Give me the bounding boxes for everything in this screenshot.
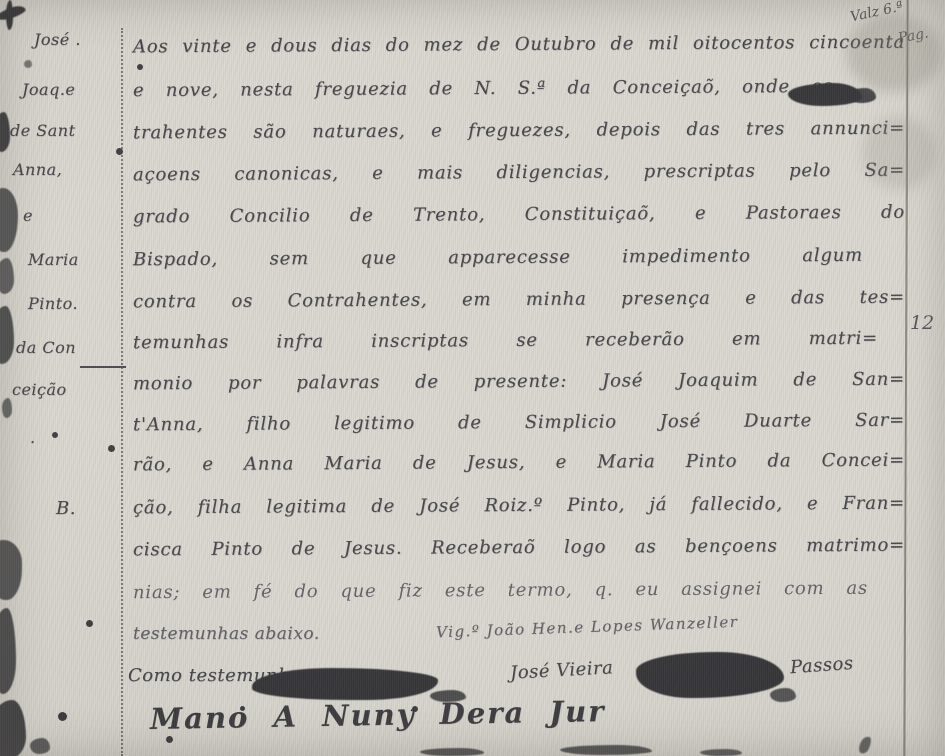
ink-blot-witness-name bbox=[636, 652, 784, 698]
bottom-cutoff-stroke bbox=[700, 749, 742, 756]
ink-speck bbox=[108, 445, 115, 452]
record-line: e nove, nesta freguezia de N. S.ª da Con… bbox=[133, 76, 833, 101]
ink-speck bbox=[116, 148, 123, 155]
margin-underline bbox=[80, 366, 126, 368]
ink-speck bbox=[166, 736, 173, 743]
margin-name-line: ceição bbox=[12, 380, 67, 399]
witness-signature-1: José Vieira bbox=[510, 657, 614, 683]
ink-blot-line2-end bbox=[848, 88, 876, 103]
margin-name-line: Pinto. bbox=[28, 294, 78, 313]
record-line: t'Anna, filho legitimo de Simplicio José… bbox=[133, 410, 905, 436]
witness-signature-2: Passos bbox=[789, 653, 854, 678]
margin-name-line: de Sant bbox=[10, 121, 76, 140]
margin-name-line: José . bbox=[34, 30, 81, 49]
vicar-signature: Vig.º João Hen.e Lopes Wanzeller bbox=[436, 613, 739, 642]
margin-name-line: Maria bbox=[28, 250, 79, 269]
margin-name-line: Anna, bbox=[13, 160, 62, 179]
record-line: Aos vinte e dous dias do mez de Outubro … bbox=[133, 32, 905, 58]
bottom-cutoff-stroke bbox=[560, 745, 652, 755]
record-line: açoens canonicas, e mais diligencias, pr… bbox=[133, 160, 905, 186]
record-line: ção, filha legitima de José Roiz.º Pinto… bbox=[133, 493, 905, 519]
record-line: Bispado, sem que apparecesse impedimento… bbox=[133, 245, 863, 270]
margin-letter-b: B. bbox=[56, 498, 76, 519]
bottom-cutoff-stroke bbox=[857, 735, 873, 756]
margin-name-line: e bbox=[23, 206, 33, 225]
record-line: monio por palavras de presente: José Joa… bbox=[133, 369, 905, 395]
record-line: rão, e Anna Maria de Jesus, e Maria Pint… bbox=[133, 450, 905, 476]
record-line: cisca Pinto de Jesus. Receberaõ logo as … bbox=[133, 535, 905, 561]
record-line: temunhas infra inscriptas se receberão e… bbox=[133, 328, 878, 354]
margin-divider-line bbox=[121, 28, 123, 756]
witness-big-signature: Mano A Nuny Dera Jur bbox=[150, 694, 606, 736]
margin-name-line: da Con bbox=[16, 338, 76, 357]
closing-text: testemunhas abaixo. bbox=[133, 624, 320, 644]
ink-blot-witness-scribble bbox=[430, 690, 466, 702]
record-line: trahentes são naturaes, e freguezes, dep… bbox=[133, 118, 905, 144]
ink-speck bbox=[52, 432, 58, 438]
margin-name-line: . bbox=[30, 428, 36, 447]
manuscript-page: José . Joaq.e de Sant Anna, e Maria Pint… bbox=[0, 0, 945, 756]
ink-blot-witness-name bbox=[770, 688, 796, 702]
record-line: nias; em fé do que fiz este termo, q. eu… bbox=[133, 578, 868, 603]
ink-speck bbox=[137, 64, 143, 70]
bottom-cutoff-stroke bbox=[420, 748, 484, 756]
ink-speck bbox=[58, 712, 67, 721]
record-line: grado Concilio de Trento, Constituiçaõ, … bbox=[133, 202, 905, 228]
ink-speck bbox=[86, 620, 93, 627]
volume-annotation: Valz 6.ª bbox=[849, 0, 905, 25]
record-line: contra os Contrahentes, em minha presenç… bbox=[133, 287, 905, 313]
ink-blot-witness-scribble bbox=[252, 668, 438, 700]
entry-number: 12 bbox=[910, 312, 934, 334]
ink-speck bbox=[240, 706, 245, 711]
ink-speck bbox=[412, 706, 418, 712]
margin-name-line: Joaq.e bbox=[22, 80, 75, 99]
